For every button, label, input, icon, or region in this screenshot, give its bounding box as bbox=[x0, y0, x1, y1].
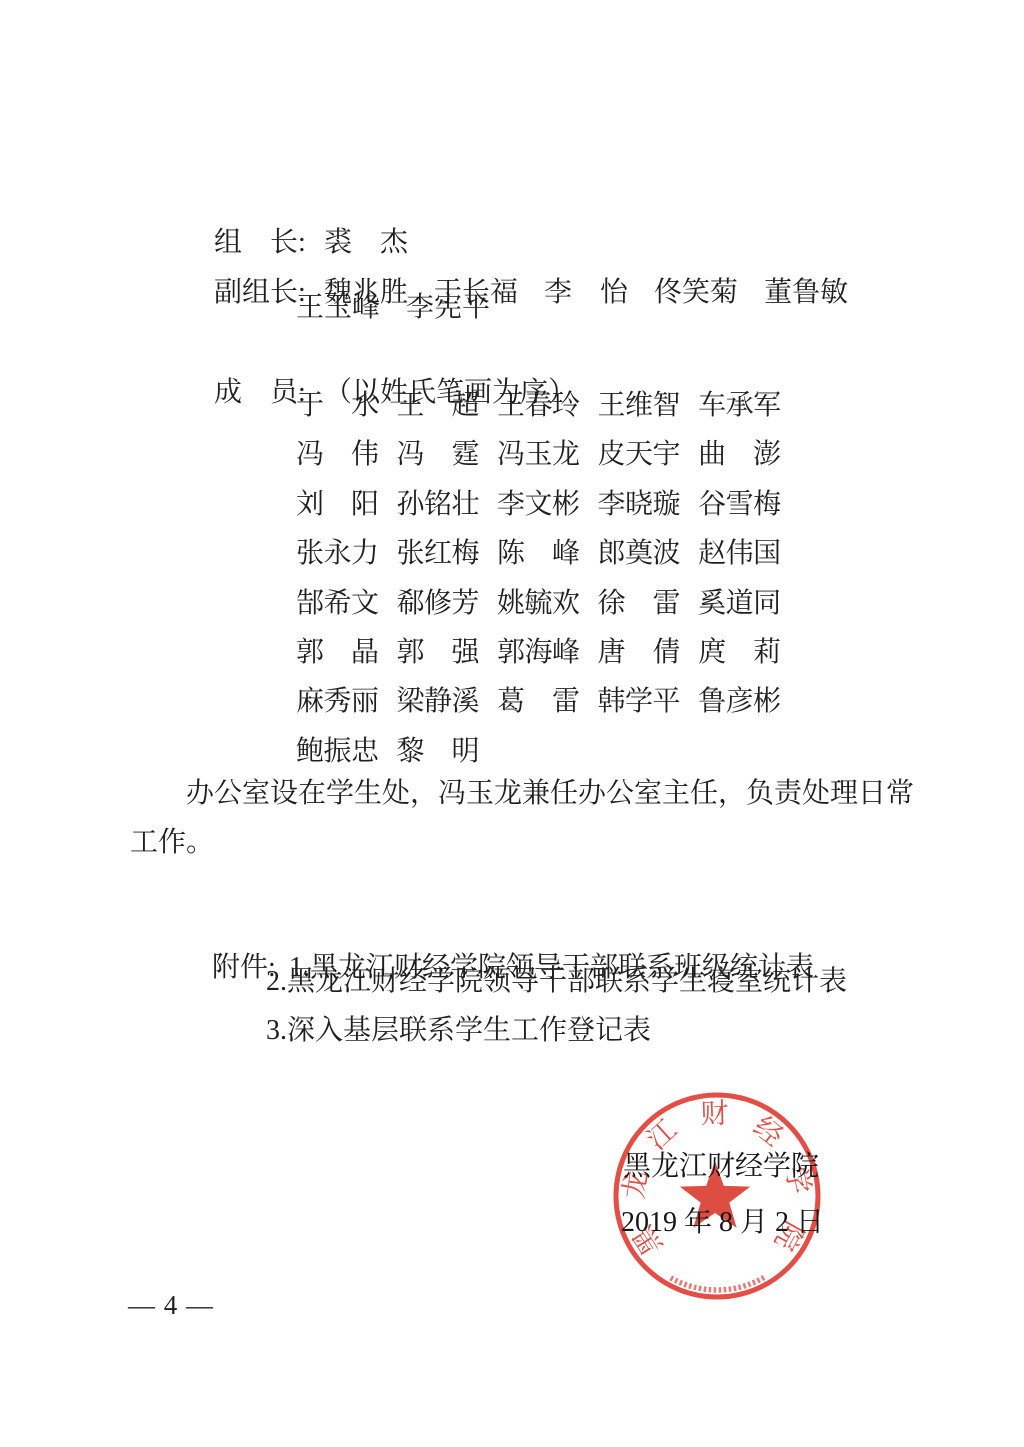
member-row: 冯 伟冯 霆冯玉龙皮天宇曲 澎 bbox=[296, 438, 799, 487]
issue-date: 2019 年 8 月 2 日 bbox=[621, 1206, 824, 1240]
member-name: 梁静溪 bbox=[397, 685, 480, 719]
office-paragraph-line-1: 办公室设在学生处，冯玉龙兼任办公室主任，负责处理日常 bbox=[186, 776, 914, 811]
member-name: 郭 晶 bbox=[296, 636, 379, 670]
member-name: 张永力 bbox=[296, 537, 379, 571]
member-name: 韩学平 bbox=[598, 685, 681, 719]
deputy-name: 王玉峰 bbox=[296, 290, 380, 325]
member-name: 孙铭壮 bbox=[397, 488, 480, 522]
deputy-name: 董鲁敏 bbox=[764, 275, 848, 310]
deputy-name: 佟笑菊 bbox=[654, 275, 738, 310]
attachments-line-2: 2.黑龙江财经学院领导干部联系学生寝室统计表 bbox=[266, 964, 847, 999]
member-name: 李晓璇 bbox=[598, 488, 681, 522]
member-name: 郭海峰 bbox=[497, 636, 580, 670]
member-name: 谷雪梅 bbox=[698, 488, 781, 522]
member-row: 麻秀丽梁静溪葛 雷韩学平鲁彦彬 bbox=[296, 685, 799, 734]
member-row: 刘 阳孙铭壮李文彬李晓璇谷雪梅 bbox=[296, 488, 799, 537]
deputy-line: 副组长:魏兆胜于长福李 怡佟笑菊董鲁敏 bbox=[186, 240, 874, 345]
member-name: 赵伟国 bbox=[698, 537, 781, 571]
member-name: 鲍振忠 bbox=[296, 735, 379, 769]
member-name: 鲁彦彬 bbox=[698, 685, 781, 719]
member-name: 皮天宇 bbox=[598, 438, 681, 472]
member-name: 张红梅 bbox=[397, 537, 480, 571]
member-row: 于 水王 超王春玲王维智车承军 bbox=[296, 389, 799, 438]
member-name: 郗修芳 bbox=[397, 587, 480, 621]
member-rows: 于 水王 超王春玲王维智车承军 冯 伟冯 霆冯玉龙皮天宇曲 澎 刘 阳孙铭壮李文… bbox=[296, 389, 799, 784]
member-name: 陈 峰 bbox=[497, 537, 580, 571]
official-seal: 黑龙江财经学院 bbox=[606, 1085, 828, 1307]
member-name: 王春玲 bbox=[497, 389, 580, 423]
member-name: 麻秀丽 bbox=[296, 685, 379, 719]
member-name: 冯玉龙 bbox=[497, 438, 580, 472]
member-name: 徐 雷 bbox=[598, 587, 681, 621]
member-name: 李文彬 bbox=[497, 488, 580, 522]
member-name: 葛 雷 bbox=[497, 685, 580, 719]
member-name: 王 超 bbox=[397, 389, 480, 423]
member-name: 王维智 bbox=[598, 389, 681, 423]
member-name: 姚毓欢 bbox=[497, 587, 580, 621]
deputy-name: 李 怡 bbox=[544, 275, 628, 310]
member-name: 刘 阳 bbox=[296, 488, 379, 522]
member-name: 郭 强 bbox=[397, 636, 480, 670]
seal-microtext-arc bbox=[670, 1277, 764, 1290]
member-name: 冯 伟 bbox=[296, 438, 379, 472]
issuer-name: 黑龙江财经学院 bbox=[623, 1150, 819, 1184]
document-page: 组 长:裘 杰 副组长:魏兆胜于长福李 怡佟笑菊董鲁敏 王玉峰李宪平 成 员:（… bbox=[0, 0, 1024, 1447]
member-name: 奚道同 bbox=[698, 587, 781, 621]
member-name: 郎奠波 bbox=[598, 537, 681, 571]
page-number: — 4 — bbox=[128, 1290, 214, 1321]
member-row: 张永力张红梅陈 峰郎奠波赵伟国 bbox=[296, 537, 799, 586]
member-name: 庹 莉 bbox=[698, 636, 781, 670]
attachments-line-3: 3.深入基层联系学生工作登记表 bbox=[266, 1013, 651, 1048]
member-name: 黎 明 bbox=[397, 735, 480, 769]
member-name: 于 水 bbox=[296, 389, 379, 423]
deputy-names-row-2: 王玉峰李宪平 bbox=[296, 290, 516, 325]
office-paragraph-line-2: 工作。 bbox=[130, 825, 214, 860]
member-row: 郜希文郗修芳姚毓欢徐 雷奚道同 bbox=[296, 587, 799, 636]
member-name: 冯 霆 bbox=[397, 438, 480, 472]
member-name: 曲 澎 bbox=[698, 438, 781, 472]
member-name: 郜希文 bbox=[296, 587, 379, 621]
member-name: 唐 倩 bbox=[598, 636, 681, 670]
member-name: 车承军 bbox=[698, 389, 781, 423]
deputy-name: 李宪平 bbox=[406, 290, 490, 325]
member-row: 郭 晶郭 强郭海峰唐 倩庹 莉 bbox=[296, 636, 799, 685]
